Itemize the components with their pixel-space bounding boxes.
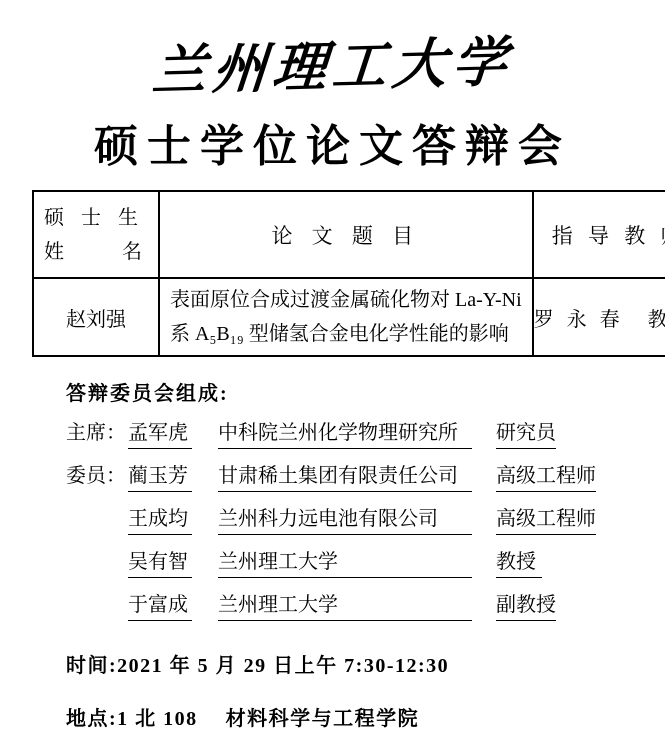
student-name-cell: 赵刘强	[33, 278, 159, 356]
member-title: 研究员	[496, 421, 556, 449]
committee-list: 主席： 孟军虎 中科院兰州化学物理研究所 研究员 委员： 蔺玉芳 甘肃稀土集团有…	[66, 421, 665, 621]
member-role-label: 委员：	[66, 464, 128, 489]
defense-info-table: 硕 士 生 姓 名 论 文 题 目 指 导 教 师 赵刘强 表面原位合成过渡金属…	[32, 190, 665, 357]
defense-location: 地点:1 北 108 材料科学与工程学院	[66, 702, 665, 730]
member-name: 吴有智	[128, 550, 192, 578]
advisor-cell: 罗 永 春 教 授	[533, 278, 665, 356]
page-title: 硕士学位论文答辩会	[0, 110, 665, 174]
committee-row-chairman: 主席： 孟军虎 中科院兰州化学物理研究所 研究员	[66, 421, 665, 449]
member-affiliation: 兰州理工大学	[218, 550, 472, 578]
member-name: 于富成	[128, 593, 192, 621]
member-affiliation: 中科院兰州化学物理研究所	[218, 421, 472, 449]
thesis-title-cell: 表面原位合成过渡金属硫化物对 La-Y-Ni 系 A₅B₁₉ 型储氢合金电化学性…	[159, 278, 533, 356]
committee-row-member: 吴有智 兰州理工大学 教授	[66, 550, 665, 578]
member-title: 教授	[496, 550, 542, 578]
committee-heading: 答辩委员会组成:	[66, 377, 665, 406]
committee-row-member: 委员： 蔺玉芳 甘肃稀土集团有限责任公司 高级工程师	[66, 464, 665, 492]
table-header-row: 硕 士 生 姓 名 论 文 题 目 指 导 教 师	[33, 191, 665, 278]
member-name: 蔺玉芳	[128, 464, 192, 492]
member-affiliation: 甘肃稀土集团有限责任公司	[218, 464, 472, 492]
member-title: 高级工程师	[496, 507, 596, 535]
table-data-row: 赵刘强 表面原位合成过渡金属硫化物对 La-Y-Ni 系 A₅B₁₉ 型储氢合金…	[33, 278, 665, 356]
member-role-label: 主席：	[66, 421, 128, 446]
header-advisor: 指 导 教 师	[533, 191, 665, 278]
member-name: 王成均	[128, 507, 192, 535]
committee-row-member: 王成均 兰州科力远电池有限公司 高级工程师	[66, 507, 665, 535]
member-title: 高级工程师	[496, 464, 596, 492]
header-thesis-title: 论 文 题 目	[159, 191, 533, 278]
member-name: 孟军虎	[128, 421, 192, 449]
header-student-name-line2: 姓 名	[44, 235, 148, 269]
member-affiliation: 兰州科力远电池有限公司	[218, 507, 472, 535]
university-logo: 兰州理工大学	[0, 21, 665, 113]
thesis-title-line1: 表面原位合成过渡金属硫化物对 La-Y-Ni	[170, 283, 522, 317]
header-student-name: 硕 士 生 姓 名	[33, 191, 159, 278]
thesis-title-line2: 系 A₅B₁₉ 型储氢合金电化学性能的影响	[170, 317, 522, 351]
header-student-name-line1: 硕 士 生	[44, 201, 148, 235]
committee-row-member: 于富成 兰州理工大学 副教授	[66, 593, 665, 621]
defense-time: 时间:2021 年 5 月 29 日上午 7:30-12:30	[66, 649, 665, 678]
member-affiliation: 兰州理工大学	[218, 593, 472, 621]
member-title: 副教授	[496, 593, 556, 621]
